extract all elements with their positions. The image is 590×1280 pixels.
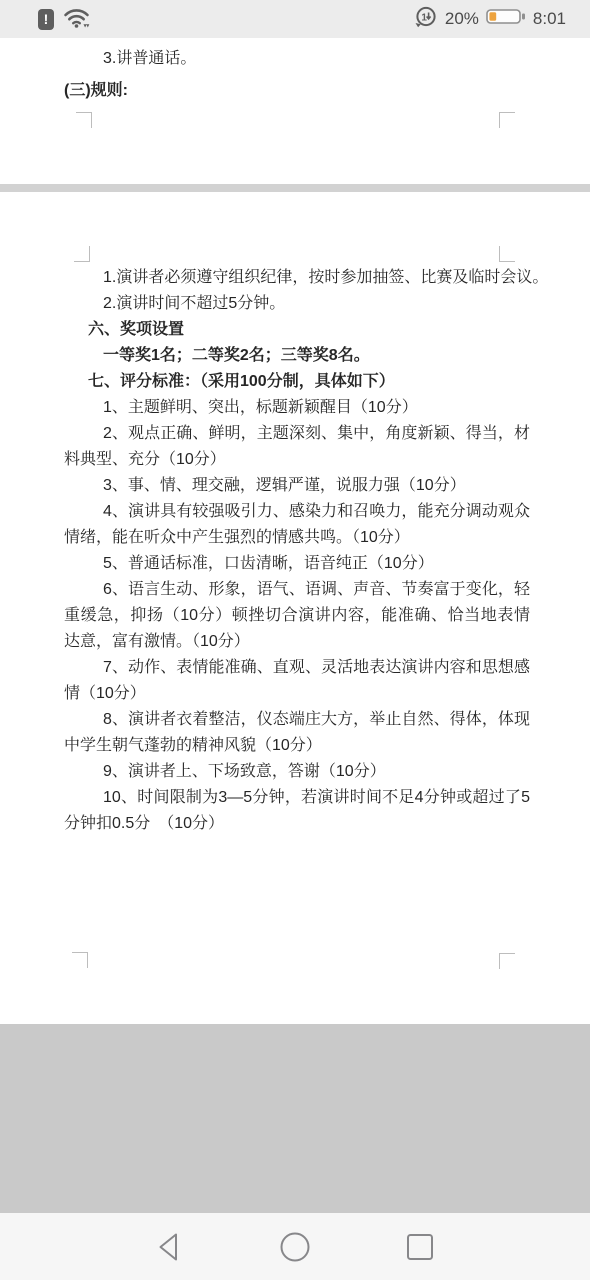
status-right-icons: 1 20% 8:01 [414, 5, 566, 34]
battery-percent-label: 20% [445, 9, 479, 29]
page1-corner-mark-right [499, 112, 515, 128]
page1-corner-mark-left [76, 112, 92, 128]
status-left-icons: ! [38, 5, 91, 34]
document-page-1[interactable]: 3.讲普通话。(三)规则: [0, 38, 590, 184]
doc-line: 七、评分标准：（采用100分制，具体如下） [64, 369, 530, 395]
doc-line: 一等奖1名；二等奖2名；三等奖8名。 [64, 343, 530, 369]
document-canvas-background[interactable] [0, 1024, 590, 1213]
doc-line: 重缓急，抑扬（10分）顿挫切合演讲内容，能准确、恰当地表情 [64, 603, 530, 629]
svg-text:1: 1 [421, 12, 427, 23]
page2-top-corner-mark-right [499, 246, 515, 262]
page-gap [0, 184, 590, 192]
doc-line: 达意，富有激情。（10分） [64, 629, 530, 655]
page2-top-corner-mark-left [74, 246, 90, 262]
wifi-icon [63, 5, 91, 34]
doc-line: 2、观点正确、鲜明，主题深刻、集中，角度新颖、得当，材 [64, 421, 530, 447]
page1-text-block: 3.讲普通话。(三)规则: [64, 46, 530, 104]
doc-line: 2.演讲时间不超过5分钟。 [64, 291, 530, 317]
doc-line: 六、奖项设置 [64, 317, 530, 343]
phone-screen: ! 1 20% [0, 0, 590, 1280]
doc-line: 3、事、情、理交融，逻辑严谨，说服力强（10分） [64, 473, 530, 499]
back-button-icon[interactable] [155, 1230, 185, 1269]
doc-line: (三)规则: [64, 78, 530, 104]
navigation-bar [0, 1213, 590, 1280]
home-button-icon[interactable] [279, 1231, 311, 1268]
doc-line: 5、普通话标准，口齿清晰，语音纯正（10分） [64, 551, 530, 577]
doc-line: 6、语言生动、形象，语气、语调、声音、节奏富于变化，轻 [64, 577, 530, 603]
doc-line: 4、演讲具有较强吸引力、感染力和召唤力，能充分调动观众 [64, 499, 530, 525]
battery-icon [486, 8, 526, 30]
doc-line: 9、演讲者上、下场致意，答谢（10分） [64, 759, 530, 785]
page2-text-block: 1.演讲者必须遵守组织纪律，按时参加抽签、比赛及临时会议。2.演讲时间不超过5分… [64, 265, 530, 837]
doc-line: 情（10分） [64, 681, 530, 707]
doc-line: 中学生朝气蓬勃的精神风貌（10分） [64, 733, 530, 759]
page2-bottom-corner-mark-left [72, 952, 88, 968]
doc-line: 10、时间限制为3—5分钟，若演讲时间不足4分钟或超过了5 [64, 785, 530, 811]
sim-alert-icon: ! [38, 9, 54, 30]
doc-line: 分钟扣0.5分 （10分） [64, 811, 530, 837]
recents-button-icon[interactable] [406, 1233, 434, 1266]
doc-line: 料典型、充分（10分） [64, 447, 530, 473]
document-page-2[interactable]: 1.演讲者必须遵守组织纪律，按时参加抽签、比赛及临时会议。2.演讲时间不超过5分… [0, 192, 590, 1024]
doc-line: 3.讲普通话。 [64, 46, 530, 72]
page2-bottom-corner-mark-right [499, 953, 515, 969]
timer-icon: 1 [414, 5, 438, 34]
doc-line: 8、演讲者衣着整洁，仪态端庄大方，举止自然、得体，体现 [64, 707, 530, 733]
doc-line: 7、动作、表情能准确、直观、灵活地表达演讲内容和思想感 [64, 655, 530, 681]
doc-line: 情绪，能在听众中产生强烈的情感共鸣。（10分） [64, 525, 530, 551]
doc-line: 1、主题鲜明、突出，标题新颖醒目（10分） [64, 395, 530, 421]
doc-line: 1.演讲者必须遵守组织纪律，按时参加抽签、比赛及临时会议。 [64, 265, 530, 291]
status-bar: ! 1 20% [0, 0, 590, 38]
clock-label: 8:01 [533, 9, 566, 29]
